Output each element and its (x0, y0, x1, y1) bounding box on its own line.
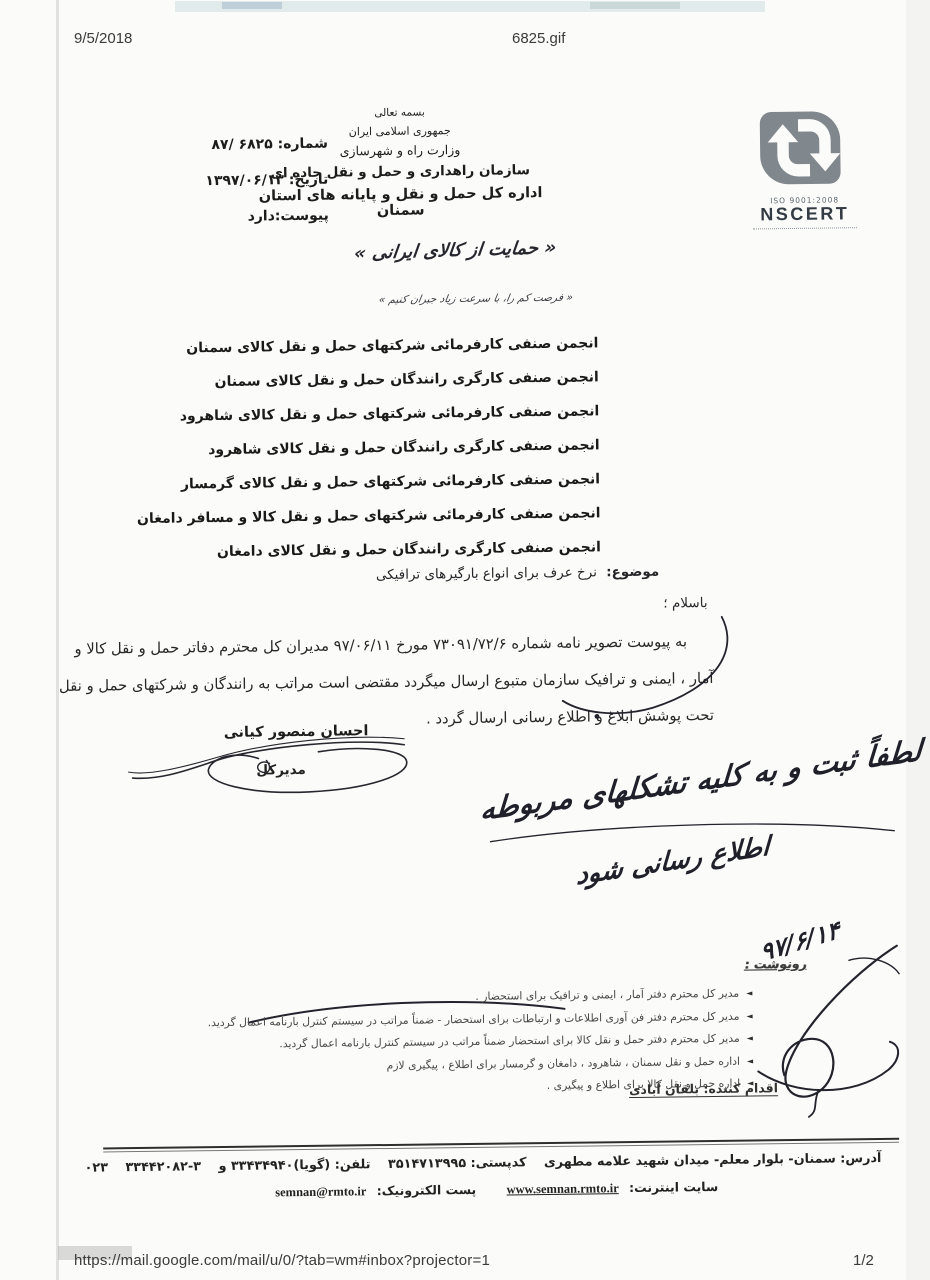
rmto-arrows-icon (756, 105, 853, 190)
letterhead-office: اداره کل حمل و نقل و پایانه های استان سم… (244, 185, 556, 221)
recipient-line: انجمن صنفی کارفرمائی شرکتهای حمل و نقل ک… (247, 394, 599, 432)
cc-item-text: مدیر کل محترم دفتر فن آوری اطلاعات و ارت… (208, 1009, 740, 1028)
cc-item-text: اداره حمل و نقل سمنان ، شاهرود ، دامغان … (387, 1054, 741, 1071)
recipient-line: انجمن صنفی کارگری رانندگان حمل و نقل کال… (247, 428, 599, 466)
footer-site-url: www.semnan.rmto.ir (506, 1181, 618, 1196)
executor-line: اقدام کننده: بلقان آبادی (605, 1080, 801, 1097)
signer-name: احسان منصور کیانی (196, 723, 396, 741)
footer-address: آدرس: سمنان- بلوار معلم- میدان شهید علام… (544, 1151, 882, 1170)
cc-title: رونوشت : (701, 956, 808, 972)
recipient-line: انجمن صنفی کارگری رانندگان حمل و نقل کال… (249, 530, 601, 568)
footer-phone: تلفن: (گویا)۳۳۴۳۴۹۴۰ و (218, 1157, 370, 1174)
recipient-line: انجمن صنفی کارگری رانندگان حمل و نقل کال… (247, 360, 599, 398)
scanned-letter: شماره: ۸۷/ ۶۸۲۵ تاریخ: ۱۳۹۷/۰۶/۱۳ پیوست:… (0, 0, 930, 1280)
logo-tagline-line (753, 224, 857, 229)
footer-divider (103, 1138, 899, 1153)
footer-email: semnan@rmto.ir (275, 1184, 366, 1199)
slogan-main: « حمایت از کالای ایرانی » (294, 235, 617, 266)
footer-area-code: ۰۲۳ (84, 1160, 108, 1175)
cc-bullet-icon: ◄ (746, 989, 752, 998)
logo-name: NSCERT (739, 204, 871, 224)
cc-item-text: مدیر کل محترم دفتر حمل و نقل کالا برای ا… (279, 1032, 739, 1051)
salutation: باسلام ؛ (627, 595, 707, 612)
recipient-line: انجمن صنفی کارفرمائی شرکتهای حمل و نقل ک… (246, 326, 598, 364)
print-footer-page-number: 1/2 (853, 1252, 874, 1269)
footer-web-line: سایت اینترنت: www.semnan.rmto.ir پست الک… (157, 1178, 837, 1202)
letterhead-organization: سازمان راهداری و حمل و نقل جاده ای (244, 162, 556, 182)
handwritten-note-line2: اطلاع رسانی شود (531, 831, 770, 898)
print-footer-url: https://mail.google.com/mail/u/0/?tab=wm… (74, 1252, 490, 1269)
handwritten-note-line1: لطفاً ثبت و به کلیه تشکلهای مربوطه (474, 733, 923, 828)
cc-bullet-icon: ◄ (746, 1011, 752, 1020)
subject-text: نرخ عرف برای انواع بارگیرهای ترافیکی (376, 564, 597, 583)
letterhead: بسمه تعالی جمهوری اسلامی ایران وزارت راه… (243, 105, 556, 221)
footer-email-label: پست الکترونیک: (377, 1182, 477, 1198)
subject-line: موضوع: نرخ عرف برای انواع بارگیرهای تراف… (329, 564, 659, 584)
footer-phone2: ۳۳۴۴۲۰۸۲-۳ (125, 1159, 201, 1175)
footer-postal: کدپستی: ۳۵۱۴۷۱۳۹۹۵ (388, 1155, 527, 1172)
cc-bullet-icon: ◄ (747, 1056, 753, 1065)
letterhead-ministry: وزارت راه و شهرسازی (244, 141, 556, 160)
body-paragraph: به پیوست تصویر نامه شماره ۷۳۰۹۱/۷۲/۶ مور… (131, 623, 714, 741)
recipient-list: انجمن صنفی کارفرمائی شرکتهای حمل و نقل ک… (246, 326, 601, 568)
signer-title: مدیرکل (233, 762, 328, 779)
printed-page: 9/5/2018 6825.gif شماره: ۸۷/ ۶۸۲۵ تاریخ:… (0, 0, 930, 1280)
cc-bullet-icon: ◄ (747, 1034, 753, 1043)
recipient-line: انجمن صنفی کارفرمائی شرکتهای حمل و نقل ک… (248, 462, 600, 500)
footer-address-line: آدرس: سمنان- بلوار معلم- میدان شهید علام… (111, 1151, 881, 1175)
cc-item-text: مدیر کل محترم دفتر آمار ، ایمنی و ترافیک… (475, 987, 739, 1003)
nscert-logo: ISO 9001:2008 NSCERT (738, 105, 871, 230)
footer-site-label: سایت اینترنت: (629, 1179, 718, 1195)
slogan-sub: « فرصت کم را، با سرعت زیاد جبران کنیم » (325, 291, 627, 307)
subject-label: موضوع: (606, 564, 659, 581)
letterhead-bismillah: بسمه تعالی (243, 105, 555, 121)
recipient-line: انجمن صنفی کارفرمائی شرکتهای حمل و نقل ک… (248, 496, 600, 534)
letterhead-country: جمهوری اسلامی ایران (244, 123, 556, 140)
